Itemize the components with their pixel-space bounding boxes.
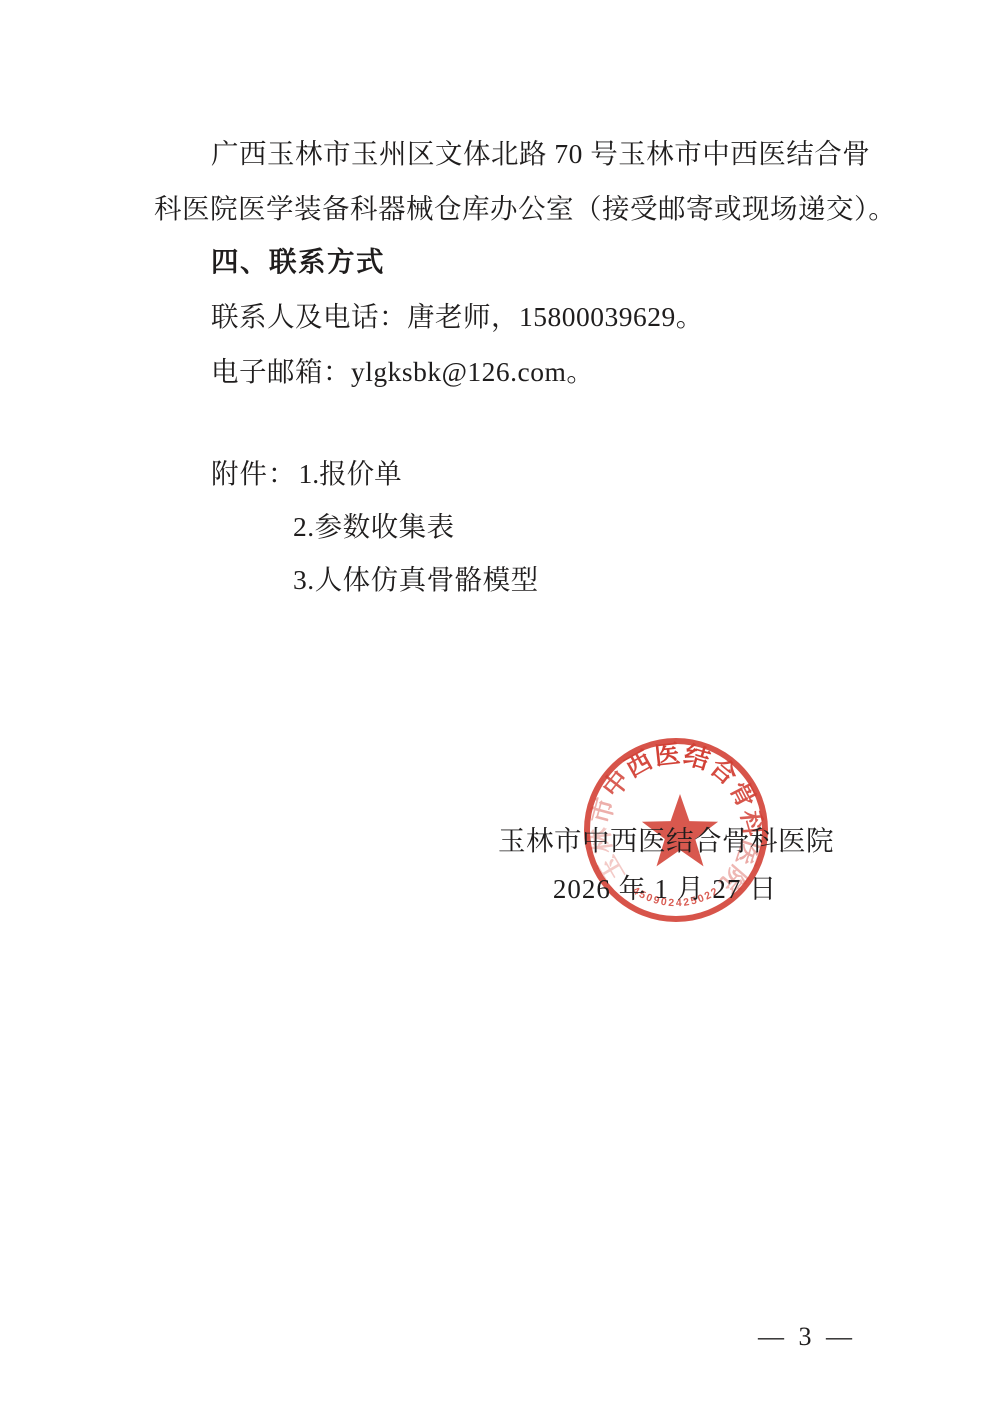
page-number: — 3 — [758, 1322, 856, 1352]
attachment-item: 1.报价单 [299, 459, 402, 489]
address-line-1: 广西玉林市玉州区文体北路 70 号玉林市中西医结合骨 [211, 139, 870, 169]
attachments-row: 附件： 1.报价单 [211, 459, 402, 489]
attachment-item: 3.人体仿真骨骼模型 [293, 565, 539, 595]
attachments-label: 附件： [211, 459, 297, 489]
address-line-2: 科医院医学装备科器械仓库办公室（接受邮寄或现场递交）。 [154, 194, 896, 224]
document-page: 广西玉林市玉州区文体北路 70 号玉林市中西医结合骨 科医院医学装备科器械仓库办… [0, 0, 1000, 1426]
section-heading: 四、联系方式 [211, 247, 385, 277]
signature-date: 2026 年 1 月 27 日 [498, 874, 832, 904]
attachment-item: 2.参数收集表 [293, 512, 455, 542]
email-line: 电子邮箱：ylgksbk@126.com。 [211, 357, 594, 387]
contact-line: 联系人及电话：唐老师，15800039629。 [211, 302, 704, 332]
signature-block: 玉林市中西医结合骨科医院 2026 年 1 月 27 日 [498, 826, 832, 904]
signature-organization: 玉林市中西医结合骨科医院 [498, 826, 832, 856]
